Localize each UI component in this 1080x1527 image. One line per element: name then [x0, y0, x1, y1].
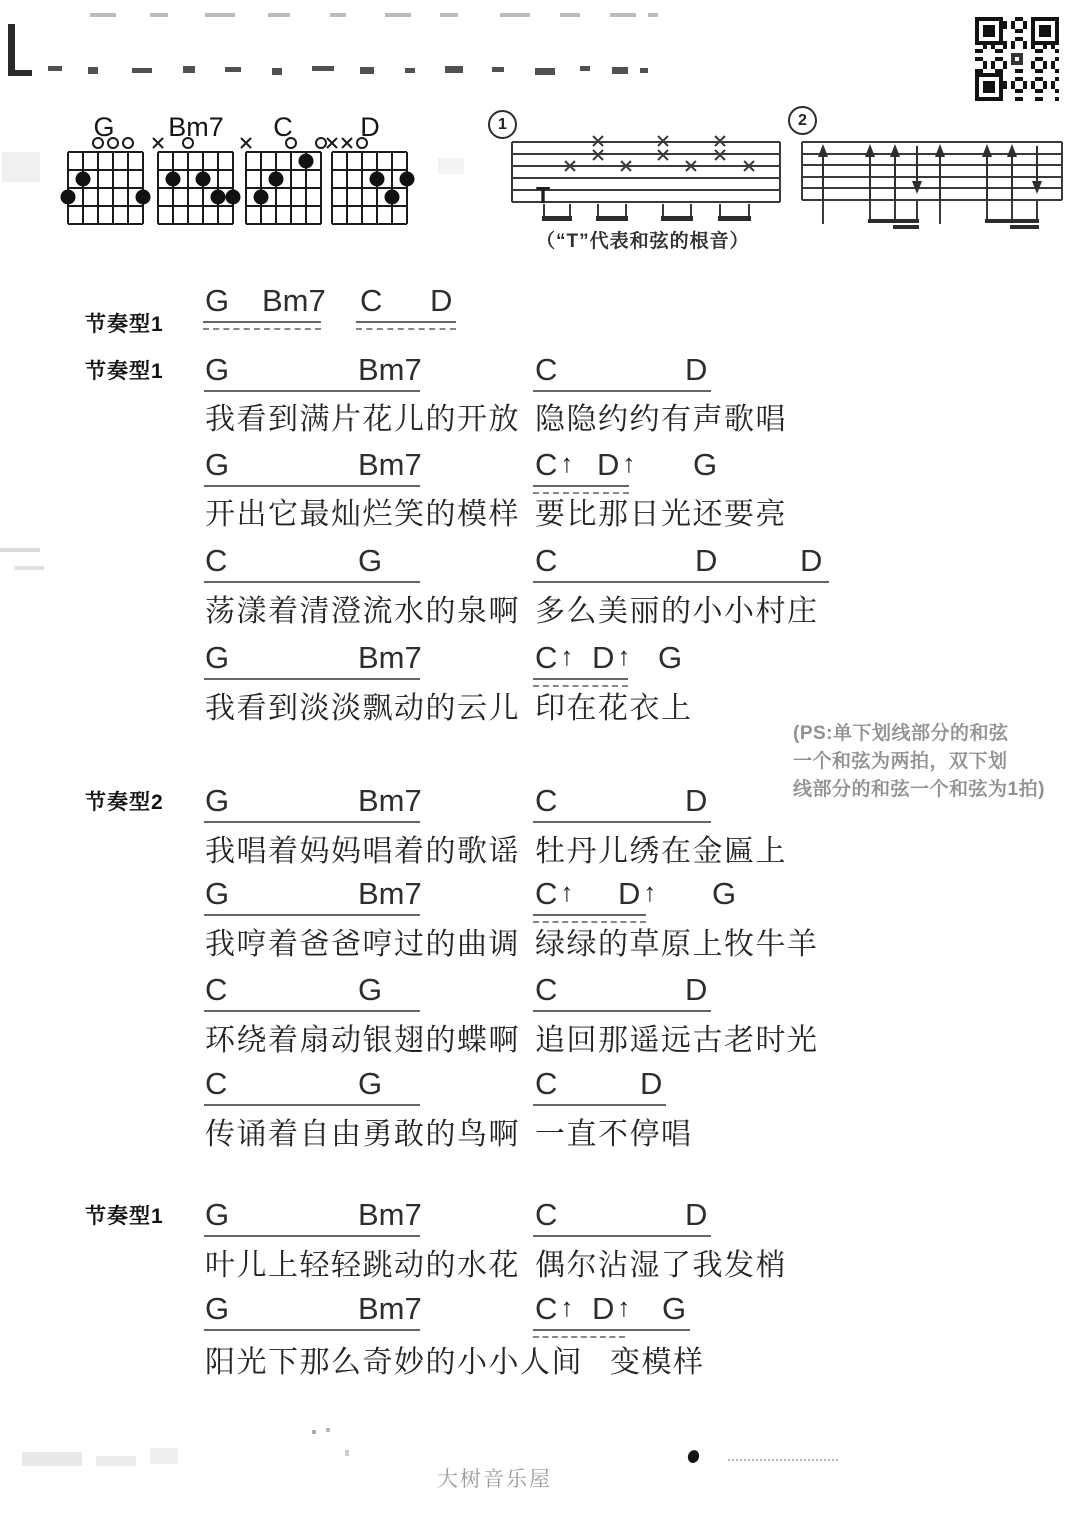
strum-up-arrow: ↑ [617, 641, 630, 671]
rhythm-pattern-2-strum-arrows [818, 144, 1042, 200]
chord-sheet-page: G Bm7 C D 1 2 T [0, 0, 1080, 1527]
chord-symbol: Bm7 [358, 1197, 422, 1233]
chord-text: Bm7 [262, 283, 326, 318]
chord-underline [204, 485, 420, 487]
chord-symbol: D↑ [618, 876, 656, 912]
chord-text: D [597, 447, 619, 482]
chord-text: C [535, 1197, 557, 1232]
rhythm-pattern-1-staff [512, 142, 780, 220]
chord-text: G [205, 352, 229, 387]
chord-underline-second [356, 328, 456, 330]
open-string-marker [183, 138, 193, 148]
chord-symbol: D [695, 543, 717, 579]
muted-string-marker [327, 138, 337, 148]
title-ghost-bar-foot [8, 70, 32, 76]
chord-symbol: C [205, 543, 227, 579]
strum-up-arrow: ↑ [560, 641, 573, 671]
finger-dot [370, 172, 385, 187]
strum-up-arrow: ↑ [643, 877, 656, 907]
scan-dash-artifact [405, 68, 415, 73]
open-string-marker [286, 138, 296, 148]
chord-underline [356, 321, 456, 323]
chord-symbol: G [358, 543, 382, 579]
chord-text: D [640, 1066, 662, 1101]
lyric-text: 我看到满片花儿的开放 [205, 394, 520, 438]
chord-underline-second [203, 328, 321, 330]
lyric-text: 传诵着自由勇敢的鸟啊 [205, 1109, 520, 1153]
chord-text: C [535, 352, 557, 387]
chord-symbol: G [662, 1291, 686, 1327]
chord-symbol: D↑ [592, 1291, 630, 1327]
chord-symbol: C [535, 783, 557, 819]
chord-diagram-c [241, 138, 326, 224]
chord-underline [533, 821, 711, 823]
chord-text: G [205, 1197, 229, 1232]
chord-text: D [685, 783, 707, 818]
chord-text: Bm7 [358, 1291, 422, 1326]
scan-dash-artifact [640, 68, 648, 73]
chord-symbol: C [535, 352, 557, 388]
chord-text: D [685, 352, 707, 387]
chord-symbol: C↑ [535, 447, 573, 483]
scan-dash-artifact [648, 13, 658, 17]
chord-text: G [712, 876, 736, 911]
chord-line: GBm7CD [0, 283, 1080, 335]
finger-dot [400, 172, 415, 187]
chord-underline [204, 678, 420, 680]
chord-text: Bm7 [358, 352, 422, 387]
lyric-line: 阳光下那么奇妙的小小人间变模样 [0, 1337, 1080, 1379]
muted-string-marker [342, 138, 352, 148]
chord-diagram-d [327, 138, 415, 224]
open-string-marker [108, 138, 118, 148]
scan-dash-artifact [312, 1430, 316, 1434]
chord-text: G [358, 543, 382, 578]
chord-text: D [685, 972, 707, 1007]
chord-symbol: C [535, 1197, 557, 1233]
chord-underline [533, 485, 629, 487]
scan-dash-artifact [360, 67, 374, 74]
chord-symbol: D [685, 352, 707, 388]
chord-symbol: G [205, 640, 229, 676]
chord-underline [204, 581, 420, 583]
lyric-text: 我唱着妈妈唱着的歌谣 [205, 826, 520, 870]
lyric-line: 我唱着妈妈唱着的歌谣牡丹儿绣在金匾上 [0, 826, 1080, 868]
lyric-text: 偶尔沾湿了我发梢 [535, 1240, 787, 1284]
open-string-marker [357, 138, 367, 148]
chord-text: Bm7 [358, 1197, 422, 1232]
strum-up-arrow: ↑ [622, 448, 635, 478]
finger-dot [226, 190, 241, 205]
scan-dash-artifact [22, 1452, 82, 1466]
scan-dash-artifact [500, 13, 530, 17]
finger-dot [76, 172, 91, 187]
chord-text: C [535, 447, 557, 482]
chord-symbol: G [205, 447, 229, 483]
chord-diagrams [61, 138, 415, 224]
chord-text: D [618, 876, 640, 911]
strum-up-arrow: ↑ [560, 877, 573, 907]
chord-diagram-bm7 [153, 138, 241, 224]
chord-underline [533, 1235, 711, 1237]
chord-text: C [535, 1066, 557, 1101]
chord-symbol: C [360, 283, 382, 319]
chord-underline [204, 1235, 420, 1237]
chord-text: Bm7 [358, 783, 422, 818]
scan-dash-artifact [326, 1428, 330, 1432]
chord-text: C [535, 1291, 557, 1326]
chord-symbol: G [205, 1197, 229, 1233]
chord-text: C [205, 972, 227, 1007]
chord-text: C [205, 1066, 227, 1101]
scan-dash-artifact [48, 66, 62, 71]
lyric-text: 隐隐约约有声歌唱 [535, 394, 787, 438]
open-string-marker [93, 138, 103, 148]
chord-symbol: G [205, 283, 229, 319]
chord-symbol: Bm7 [358, 640, 422, 676]
scan-dash-artifact [580, 66, 590, 71]
lyric-line: 开出它最灿烂笑的模样要比那日光还要亮 [0, 489, 1080, 531]
chord-symbol: G [205, 352, 229, 388]
lyric-text: 变模样 [610, 1337, 705, 1381]
finger-dot [385, 190, 400, 205]
muted-string-marker [153, 138, 163, 148]
lyric-text: 开出它最灿烂笑的模样 [205, 489, 520, 533]
lyric-line: 我看到淡淡飘动的云儿印在花衣上 [0, 683, 1080, 725]
scan-dash-artifact [90, 13, 116, 17]
chord-underline [204, 390, 420, 392]
lyric-text: 一直不停唱 [535, 1109, 693, 1153]
lyric-line: 我哼着爸爸哼过的曲调绿绿的草原上牧牛羊 [0, 919, 1080, 961]
chord-symbol: C [535, 1066, 557, 1102]
strum-up-arrow: ↑ [560, 448, 573, 478]
scan-dash-artifact [610, 13, 636, 17]
chord-text: G [205, 876, 229, 911]
chord-symbol: D [685, 783, 707, 819]
chord-symbol: C [535, 972, 557, 1008]
footer-credit: 大树音乐屋 [437, 1463, 552, 1493]
chord-symbol: C [535, 543, 557, 579]
chord-symbol: D↑ [592, 640, 630, 676]
finger-dot [196, 172, 211, 187]
scan-dash-artifact [268, 13, 290, 17]
chord-text: G [662, 1291, 686, 1326]
chord-text: G [658, 640, 682, 675]
chord-text: D [685, 1197, 707, 1232]
chord-symbol: C [205, 972, 227, 1008]
scan-dash-artifact [535, 68, 555, 75]
scan-dash-artifact [205, 13, 235, 17]
chord-underline [204, 1010, 420, 1012]
chord-symbol: Bm7 [358, 1291, 422, 1327]
chord-symbol: G [358, 972, 382, 1008]
lyric-text: 我看到淡淡飘动的云儿 [205, 683, 520, 727]
open-string-marker [123, 138, 133, 148]
chord-text: G [205, 783, 229, 818]
lyric-text: 要比那日光还要亮 [535, 489, 787, 533]
scan-dash-artifact [345, 1450, 349, 1456]
scan-dash-artifact [272, 68, 282, 75]
chord-underline [533, 1329, 690, 1331]
chord-underline [533, 678, 628, 680]
scan-dash-artifact [560, 13, 580, 17]
scan-dash-artifact [96, 1456, 136, 1466]
lyric-text: 牡丹儿绣在金匾上 [535, 826, 787, 870]
chord-text: Bm7 [358, 447, 422, 482]
strum-up-arrow: ↑ [617, 1292, 630, 1322]
lyric-line: 我看到满片花儿的开放隐隐约约有声歌唱 [0, 394, 1080, 436]
chord-text: Bm7 [358, 876, 422, 911]
chord-symbol: C [205, 1066, 227, 1102]
chord-symbol: Bm7 [358, 447, 422, 483]
chord-symbol: D [430, 283, 452, 319]
chord-symbol: G [693, 447, 717, 483]
chord-symbol: D [685, 1197, 707, 1233]
lyric-text: 我哼着爸爸哼过的曲调 [205, 919, 520, 963]
qr-code [972, 14, 1062, 104]
chord-text: D [592, 1291, 614, 1326]
chord-symbol: G [205, 1291, 229, 1327]
chord-text: C [360, 283, 382, 318]
lyric-text: 荡漾着清澄流水的泉啊 [205, 586, 520, 630]
scan-dash-artifact [150, 13, 168, 17]
title-ghost-bar [8, 24, 15, 76]
rhythm-pattern-1-beams [542, 216, 751, 221]
chord-underline [204, 1104, 420, 1106]
pattern-1-caption: （“T”代表和弦的根音） [536, 226, 750, 253]
lyric-text: 绿绿的草原上牧牛羊 [535, 919, 819, 963]
chord-underline [204, 914, 420, 916]
lyric-text: 叶儿上轻轻跳动的水花 [205, 1240, 520, 1284]
finger-dot [211, 190, 226, 205]
chord-underline [533, 1010, 711, 1012]
chord-text: G [358, 972, 382, 1007]
chord-symbol: G [712, 876, 736, 912]
chord-underline [533, 390, 711, 392]
chord-symbol: C↑ [535, 876, 573, 912]
chord-symbol: Bm7 [358, 352, 422, 388]
chord-symbol: C↑ [535, 1291, 573, 1327]
chord-underline [533, 1104, 666, 1106]
chord-underline [203, 321, 321, 323]
finger-dot [136, 190, 151, 205]
scan-dash-artifact [440, 13, 458, 17]
chord-symbol: Bm7 [358, 783, 422, 819]
finger-dot [254, 190, 269, 205]
chord-text: D [695, 543, 717, 578]
scan-dash-artifact [612, 67, 628, 74]
scan-dash-artifact [312, 66, 334, 71]
chord-symbol: D [685, 972, 707, 1008]
chord-symbol: Bm7 [358, 876, 422, 912]
finger-dot [166, 172, 181, 187]
lyric-text: 阳光下那么奇妙的小小人间 [205, 1337, 583, 1381]
chord-text: Bm7 [358, 640, 422, 675]
chord-text: C [535, 640, 557, 675]
chord-text: G [358, 1066, 382, 1101]
scan-dash-artifact [183, 66, 195, 73]
lyric-text: 追回那遥远古老时光 [535, 1015, 819, 1059]
chord-text: D [800, 543, 822, 578]
finger-dot [299, 154, 314, 169]
lyric-line: 传诵着自由勇敢的鸟啊一直不停唱 [0, 1109, 1080, 1151]
lyric-line: 叶儿上轻轻跳动的水花偶尔沾湿了我发梢 [0, 1240, 1080, 1282]
scan-dash-artifact [150, 1448, 178, 1464]
chord-underline [204, 821, 420, 823]
lyric-text: 环绕着扇动银翅的蝶啊 [205, 1015, 520, 1059]
strum-up-arrow: ↑ [560, 1292, 573, 1322]
chord-text: G [205, 447, 229, 482]
ps-note-line: 一个和弦为两拍，双下划 [793, 748, 1078, 776]
chord-symbol: C↑ [535, 640, 573, 676]
chord-text: G [693, 447, 717, 482]
chord-text: C [205, 543, 227, 578]
chord-underline [533, 581, 829, 583]
scan-dash-artifact [132, 68, 152, 73]
scan-dash-artifact [385, 13, 411, 17]
finger-dot [269, 172, 284, 187]
rhythm-pattern-2-beams [868, 219, 1039, 229]
chord-text: C [535, 783, 557, 818]
lyric-text: 多么美丽的小小村庄 [535, 586, 819, 630]
chord-symbol: G [205, 783, 229, 819]
chord-text: D [592, 640, 614, 675]
scan-dash-artifact [492, 67, 504, 72]
ink-dot-artifact [686, 1449, 701, 1465]
chord-symbol: D [800, 543, 822, 579]
chord-text: C [535, 972, 557, 1007]
root-note-t-symbol: T [536, 182, 550, 208]
chord-symbol: Bm7 [262, 283, 326, 319]
chord-underline [204, 1329, 420, 1331]
chord-symbol: G [205, 876, 229, 912]
chord-symbol: D [640, 1066, 662, 1102]
rhythm-pattern-2-staff [802, 142, 1062, 224]
lyric-line: 荡漾着清澄流水的泉啊多么美丽的小小村庄 [0, 586, 1080, 628]
lyric-text: 印在花衣上 [535, 683, 693, 727]
chord-text: G [205, 640, 229, 675]
finger-dot [61, 190, 76, 205]
chord-line: GBm7C↑D↑G [0, 1291, 1080, 1343]
open-string-marker [316, 138, 326, 148]
chord-text: C [535, 876, 557, 911]
chord-text: G [205, 1291, 229, 1326]
chord-text: D [430, 283, 452, 318]
scan-dash-artifact [88, 67, 98, 74]
chord-text: C [535, 543, 557, 578]
scan-dash-artifact [225, 67, 241, 72]
chord-symbol: G [358, 1066, 382, 1102]
scan-dash-artifact [330, 13, 346, 17]
chord-text: G [205, 283, 229, 318]
chord-symbol: D↑ [597, 447, 635, 483]
scan-dash-artifact [445, 66, 463, 73]
muted-string-marker [241, 138, 251, 148]
chord-diagram-g [61, 138, 151, 224]
lyric-line: 环绕着扇动银翅的蝶啊追回那遥远古老时光 [0, 1015, 1080, 1057]
dotted-line-artifact [728, 1459, 838, 1461]
chord-symbol: G [658, 640, 682, 676]
chord-underline [533, 914, 646, 916]
